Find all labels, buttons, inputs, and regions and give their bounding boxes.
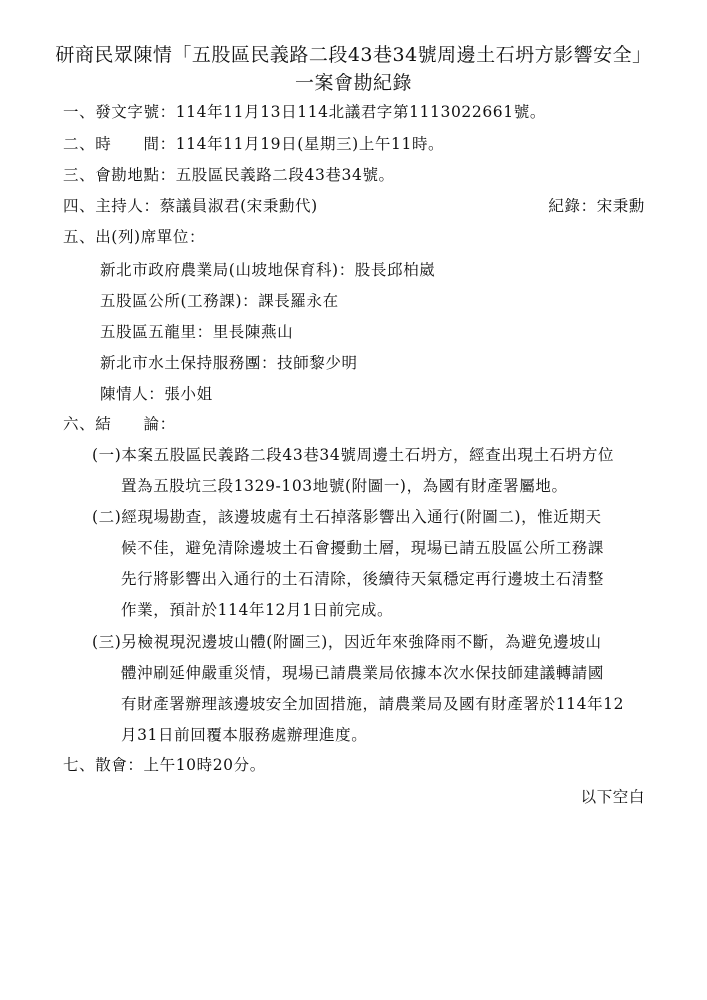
conclusion-3-cont: 月31日前回覆本服務處辦理進度。 — [121, 723, 367, 745]
attendee: 五股區公所(工務課)：課長羅永在 — [100, 289, 339, 311]
document-title-line1: 研商民眾陳情「五股區民義路二段43巷34號周邊土石坍方影響安全」 — [0, 40, 707, 67]
attendee: 陳情人：張小姐 — [100, 382, 213, 404]
recorder: 紀錄：宋秉勳 — [548, 194, 645, 216]
conclusion-2: (二)經現場勘查，該邊坡處有土石掉落影響出入通行(附圖二)，惟近期天 — [92, 505, 602, 527]
conclusion-heading: 六、結 論： — [63, 412, 176, 434]
adjourn: 七、散會：上午10時20分。 — [63, 753, 266, 775]
conclusion-1-cont: 置為五股坑三段1329-103地號(附圖一)，為國有財產署屬地。 — [121, 474, 568, 496]
doc-number: 一、發文字號：114年11月13日114北議君字第1113022661號。 — [63, 100, 546, 122]
document-title-line2: 一案會勘紀錄 — [0, 68, 707, 95]
conclusion-2-cont: 先行將影響出入通行的土石清除，後續待天氣穩定再行邊坡土石清整 — [121, 567, 604, 589]
conclusion-3: (三)另檢視現況邊坡山體(附圖三)，因近年來強降雨不斷，為避免邊坡山 — [92, 630, 602, 652]
attendee: 五股區五龍里：里長陳燕山 — [100, 320, 293, 342]
meeting-time: 二、時 間：114年11月19日(星期三)上午11時。 — [63, 132, 444, 154]
conclusion-3-cont: 體沖刷延伸嚴重災情，現場已請農業局依據本次水保技師建議轉請國 — [121, 661, 604, 683]
conclusion-2-cont: 候不佳，避免清除邊坡土石會擾動土層，現場已請五股區公所工務課 — [121, 536, 604, 558]
conclusion-2-cont: 作業，預計於114年12月1日前完成。 — [121, 598, 393, 620]
attendees-heading: 五、出(列)席單位： — [63, 225, 205, 247]
host: 四、主持人：蔡議員淑君(宋秉勳代) — [63, 194, 318, 216]
end-note: 以下空白 — [581, 785, 645, 807]
attendee: 新北市政府農業局(山坡地保育科)：股長邱柏崴 — [100, 258, 435, 280]
conclusion-1: (一)本案五股區民義路二段43巷34號周邊土石坍方，經查出現土石坍方位 — [92, 443, 614, 465]
attendee: 新北市水土保持服務團：技師黎少明 — [100, 351, 358, 373]
meeting-location: 三、會勘地點：五股區民義路二段43巷34號。 — [63, 163, 395, 185]
conclusion-3-cont: 有財產署辦理該邊坡安全加固措施，請農業局及國有財產署於114年12 — [121, 692, 624, 714]
